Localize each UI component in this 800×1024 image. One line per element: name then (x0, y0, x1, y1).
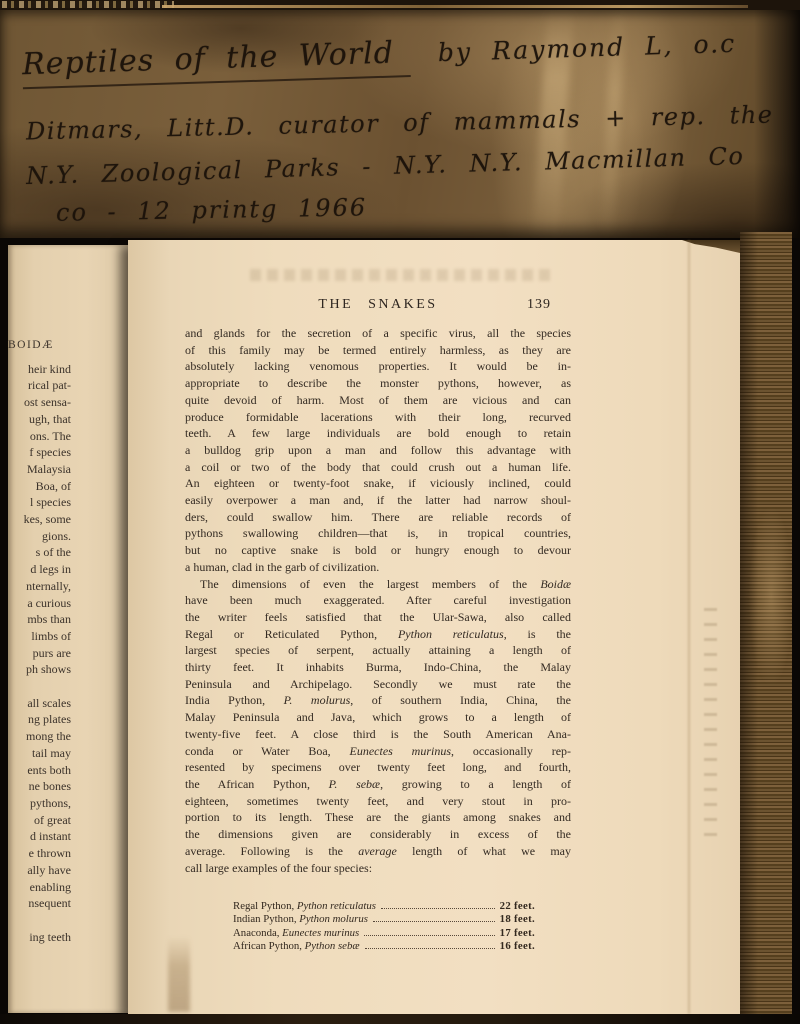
body-text-line: a human, clad in the garb of civilizatio… (185, 559, 571, 576)
page-number: 139 (527, 297, 551, 313)
left-page-fragment-line: ng plates (8, 711, 71, 728)
handwritten-author-start: by Raymond L, o.c (437, 29, 736, 67)
body-text-line: of this family may be termed entirely ha… (185, 342, 571, 359)
left-page-fragment-line: ents both (8, 762, 71, 779)
left-page-fragment-line: of great (8, 812, 71, 829)
left-page-fragment-line: gions. (8, 528, 71, 545)
species-length-table: Regal Python, Python reticulatus22 feet.… (233, 900, 535, 953)
left-page-fragment-line: purs are (8, 645, 71, 662)
left-page-fragment-line: all scales (8, 695, 71, 712)
cover-right-shadow (754, 10, 800, 238)
body-text-line: twenty-five feet. A close third is the S… (185, 726, 571, 743)
left-page-fragment-line: rical pat- (8, 377, 71, 394)
left-page-fragment-line: nternally, (8, 578, 71, 595)
species-length: 16 feet. (500, 940, 535, 953)
species-length: 22 feet. (500, 900, 535, 913)
left-page-fragment-line: tail may (8, 745, 71, 762)
handwritten-book-title: Reptiles of the World (22, 35, 411, 89)
handwritten-publisher-line: N.Y. Zoological Parks - N.Y. N.Y. Macmil… (26, 142, 745, 190)
bottom-shadow-bar (0, 1014, 800, 1024)
book-cover: Reptiles of the Worldby Raymond L, o.c D… (0, 10, 800, 238)
left-page-fragment-line: ph shows (8, 661, 71, 678)
body-text-line: ders, could swallow him. There are relia… (185, 509, 571, 526)
body-text-line: and glands for the secretion of a specif… (185, 325, 571, 342)
page-header: THE SNAKES 139 (185, 297, 571, 325)
left-page-fragment-line: pythons, (8, 795, 71, 812)
handwritten-title-line: Reptiles of the Worldby Raymond L, o.c (22, 25, 737, 82)
body-text-line: a coil or two of the body that could cru… (185, 459, 571, 476)
left-page-fragment-line: ugh, that (8, 411, 71, 428)
body-text-line: resented by specimens over twenty feet l… (185, 759, 571, 776)
species-name: Indian Python, Python molurus (233, 913, 368, 926)
species-row: Indian Python, Python molurus18 feet. (233, 913, 535, 926)
body-text-line: have been much exaggerated. After carefu… (185, 592, 571, 609)
book-page-139: THE SNAKES 139 and glands for the secret… (128, 240, 740, 1014)
body-text-line: quite devoid of harm. Most of them are v… (185, 392, 571, 409)
body-text-line: Peninsula and Archipelago. Secondly we m… (185, 676, 571, 693)
body-text-line: An eighteen or twenty-foot snake, if vic… (185, 475, 571, 492)
left-page-fragment-line: l species (8, 494, 71, 511)
species-row: African Python, Python sebæ16 feet. (233, 940, 535, 953)
dot-leader (373, 921, 495, 922)
left-page-fragment-line: a curious (8, 595, 71, 612)
left-page-fragment-line: mbs than (8, 611, 71, 628)
left-page-fragment-line (8, 678, 71, 695)
species-name: African Python, Python sebæ (233, 940, 360, 953)
left-page-fragment-line: s of the (8, 544, 71, 561)
ink-bleed-through (250, 269, 550, 281)
left-page-fragment-line: mong the (8, 728, 71, 745)
species-name: Anaconda, Eunectes murinus (233, 927, 359, 940)
top-page-edge-strip (0, 0, 800, 10)
species-row: Anaconda, Eunectes murinus17 feet. (233, 927, 535, 940)
left-page-fragment-line: kes, some (8, 511, 71, 528)
handwritten-printing-year-line: co - 12 printg 1966 (56, 193, 368, 226)
body-text-line: Regal or Reticulated Python, Python reti… (185, 626, 571, 643)
species-row: Regal Python, Python reticulatus22 feet. (233, 900, 535, 913)
body-text-line: but no captive snake is bold or hungry e… (185, 542, 571, 559)
body-text-line: average. Following is the average length… (185, 843, 571, 860)
paragraph-2: The dimensions of even the largest membe… (185, 576, 571, 877)
body-text-line: easily overpower a man and, if the latte… (185, 492, 571, 509)
left-page-running-header: BOIDÆ (8, 337, 51, 354)
dot-leader (381, 908, 495, 909)
species-length: 17 feet. (500, 927, 535, 940)
margin-bleed-marks (704, 608, 717, 843)
page-fold-line (688, 240, 690, 1014)
scanned-book-photo: Reptiles of the Worldby Raymond L, o.c D… (0, 0, 800, 1024)
body-text-line: the writer feels satisfied that the Ular… (185, 609, 571, 626)
left-page-fragment-line: heir kind (8, 361, 71, 378)
dot-leader (365, 948, 495, 949)
running-header: THE SNAKES (318, 297, 437, 312)
left-page-fragment-line: ne bones (8, 778, 71, 795)
species-length: 18 feet. (500, 913, 535, 926)
species-name: Regal Python, Python reticulatus (233, 900, 376, 913)
left-page-fragment-line: limbs of (8, 628, 71, 645)
left-page-fragment-line (8, 912, 71, 929)
facing-page-sliver: BOIDÆ heir kindrical pat-ost sensa-ugh, … (8, 245, 128, 1013)
body-text-line: absolutely lacking venomous properties. … (185, 358, 571, 375)
body-text-line: appropriate to describe the monster pyth… (185, 375, 571, 392)
left-page-fragment-line: ons. The (8, 428, 71, 445)
torn-corner (682, 240, 740, 253)
left-page-fragment-line: Boa, of (8, 478, 71, 495)
left-page-fragment-line: Malaysia (8, 461, 71, 478)
body-text-line: Malay Peninsula and Java, which grows to… (185, 709, 571, 726)
body-text-line: India Python, P. molurus, of southern In… (185, 692, 571, 709)
handwritten-author-line: Ditmars, Litt.D. curator of mammals + re… (26, 101, 774, 146)
left-page-fragment-line: enabling (8, 879, 71, 896)
page-text-block: THE SNAKES 139 and glands for the secret… (185, 297, 571, 953)
page-edge-highlight (162, 5, 748, 8)
body-text-line: produce formidable lacerations with thei… (185, 409, 571, 426)
body-text-line: pythons swallowing children—that is, in … (185, 525, 571, 542)
left-page-fragment-line: ing teeth (8, 929, 71, 946)
body-text-line: portion to its length. These are the gia… (185, 809, 571, 826)
body-text-line: the dimensions given are considerably in… (185, 826, 571, 843)
left-page-fragment-line: nsequent (8, 895, 71, 912)
left-page-fragment-line: e thrown (8, 845, 71, 862)
book-page-edges (740, 232, 792, 1024)
body-text-line: thirty feet. It inhabits Burma, Indo-Chi… (185, 659, 571, 676)
left-page-fragment-line: f species (8, 444, 71, 461)
body-text-line: call large examples of the four species: (185, 860, 571, 877)
left-page-fragment-line: d instant (8, 828, 71, 845)
body-text-line: eighteen, sometimes twenty feet, and ver… (185, 793, 571, 810)
left-page-fragment-line: ost sensa- (8, 394, 71, 411)
left-page-fragment-line: d legs in (8, 561, 71, 578)
body-text-line: conda or Water Boa, Eunectes murinus, oc… (185, 743, 571, 760)
body-text-line: The dimensions of even the largest membe… (185, 576, 571, 593)
body-text-line: a bulldog grip upon a man and follow thi… (185, 442, 571, 459)
left-page-fragment-column: BOIDÆ heir kindrical pat-ost sensa-ugh, … (8, 337, 71, 945)
body-text-line: teeth. A few large individuals are bold … (185, 425, 571, 442)
paragraph-1: and glands for the secretion of a specif… (185, 325, 571, 576)
body-text-line: the African Python, P. sebæ, growing to … (185, 776, 571, 793)
tiny-print-fragment (2, 1, 174, 8)
body-text-line: largest species of serpent, actually att… (185, 642, 571, 659)
left-page-fragment-line: ally have (8, 862, 71, 879)
dot-leader (364, 935, 494, 936)
